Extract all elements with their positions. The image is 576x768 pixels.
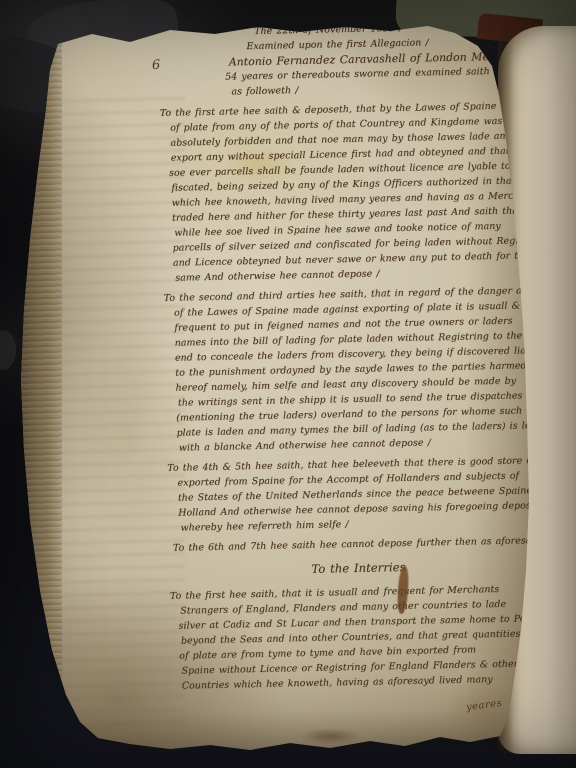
manuscript-page: 6 The 22th of November 1653 /Examined up… (0, 0, 576, 768)
text-column: The 22th of November 1653 /Examined upon… (158, 18, 546, 694)
bottom-edge-shadow (40, 710, 530, 760)
background-clutter (0, 330, 16, 370)
manuscript-photo: 6 The 22th of November 1653 /Examined up… (0, 0, 576, 768)
manuscript-line: To the Interries (311, 557, 543, 577)
manuscript-line: To the 6th and 7th hee saith hee cannot … (173, 533, 543, 556)
